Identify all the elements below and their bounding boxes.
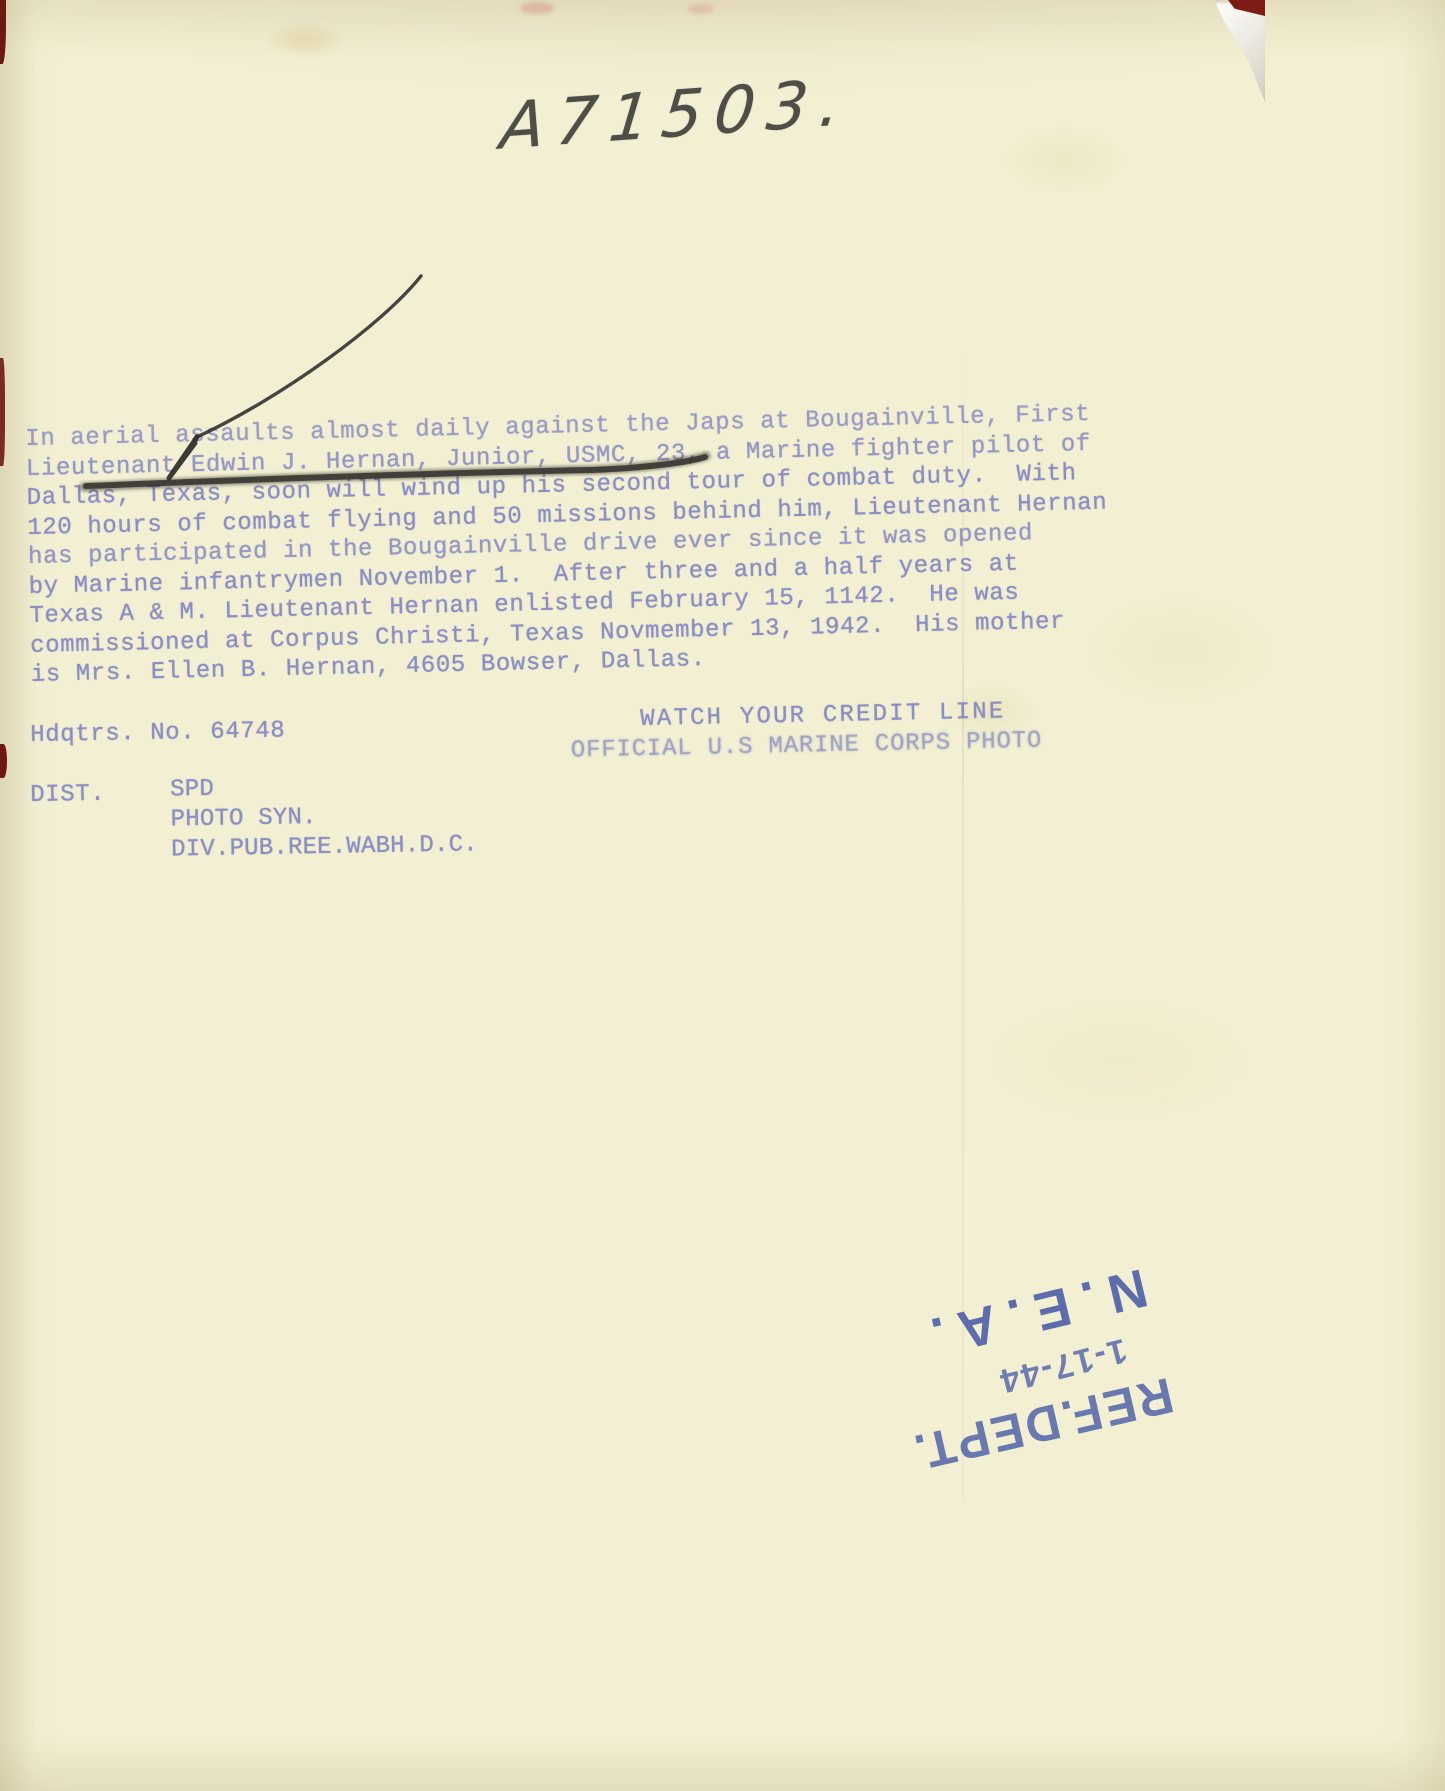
paper-edge-red-sliver [0, 744, 7, 778]
hdqtrs-number: Hdqtrs. No. 64748 [30, 718, 285, 749]
dist-item: SPD [170, 776, 214, 804]
ink-smudge [688, 4, 714, 14]
paper-edge-red-sliver [0, 358, 5, 466]
photo-back-paper [0, 0, 1445, 1791]
ink-smudge [520, 2, 554, 14]
caption-block: In aerial assaults almost daily against … [25, 401, 1111, 692]
dist-item: DIV.PUB.REE.WABH.D.C. [171, 831, 478, 863]
dist-item: PHOTO SYN. [170, 804, 316, 834]
dist-label: DIST. [30, 781, 105, 809]
